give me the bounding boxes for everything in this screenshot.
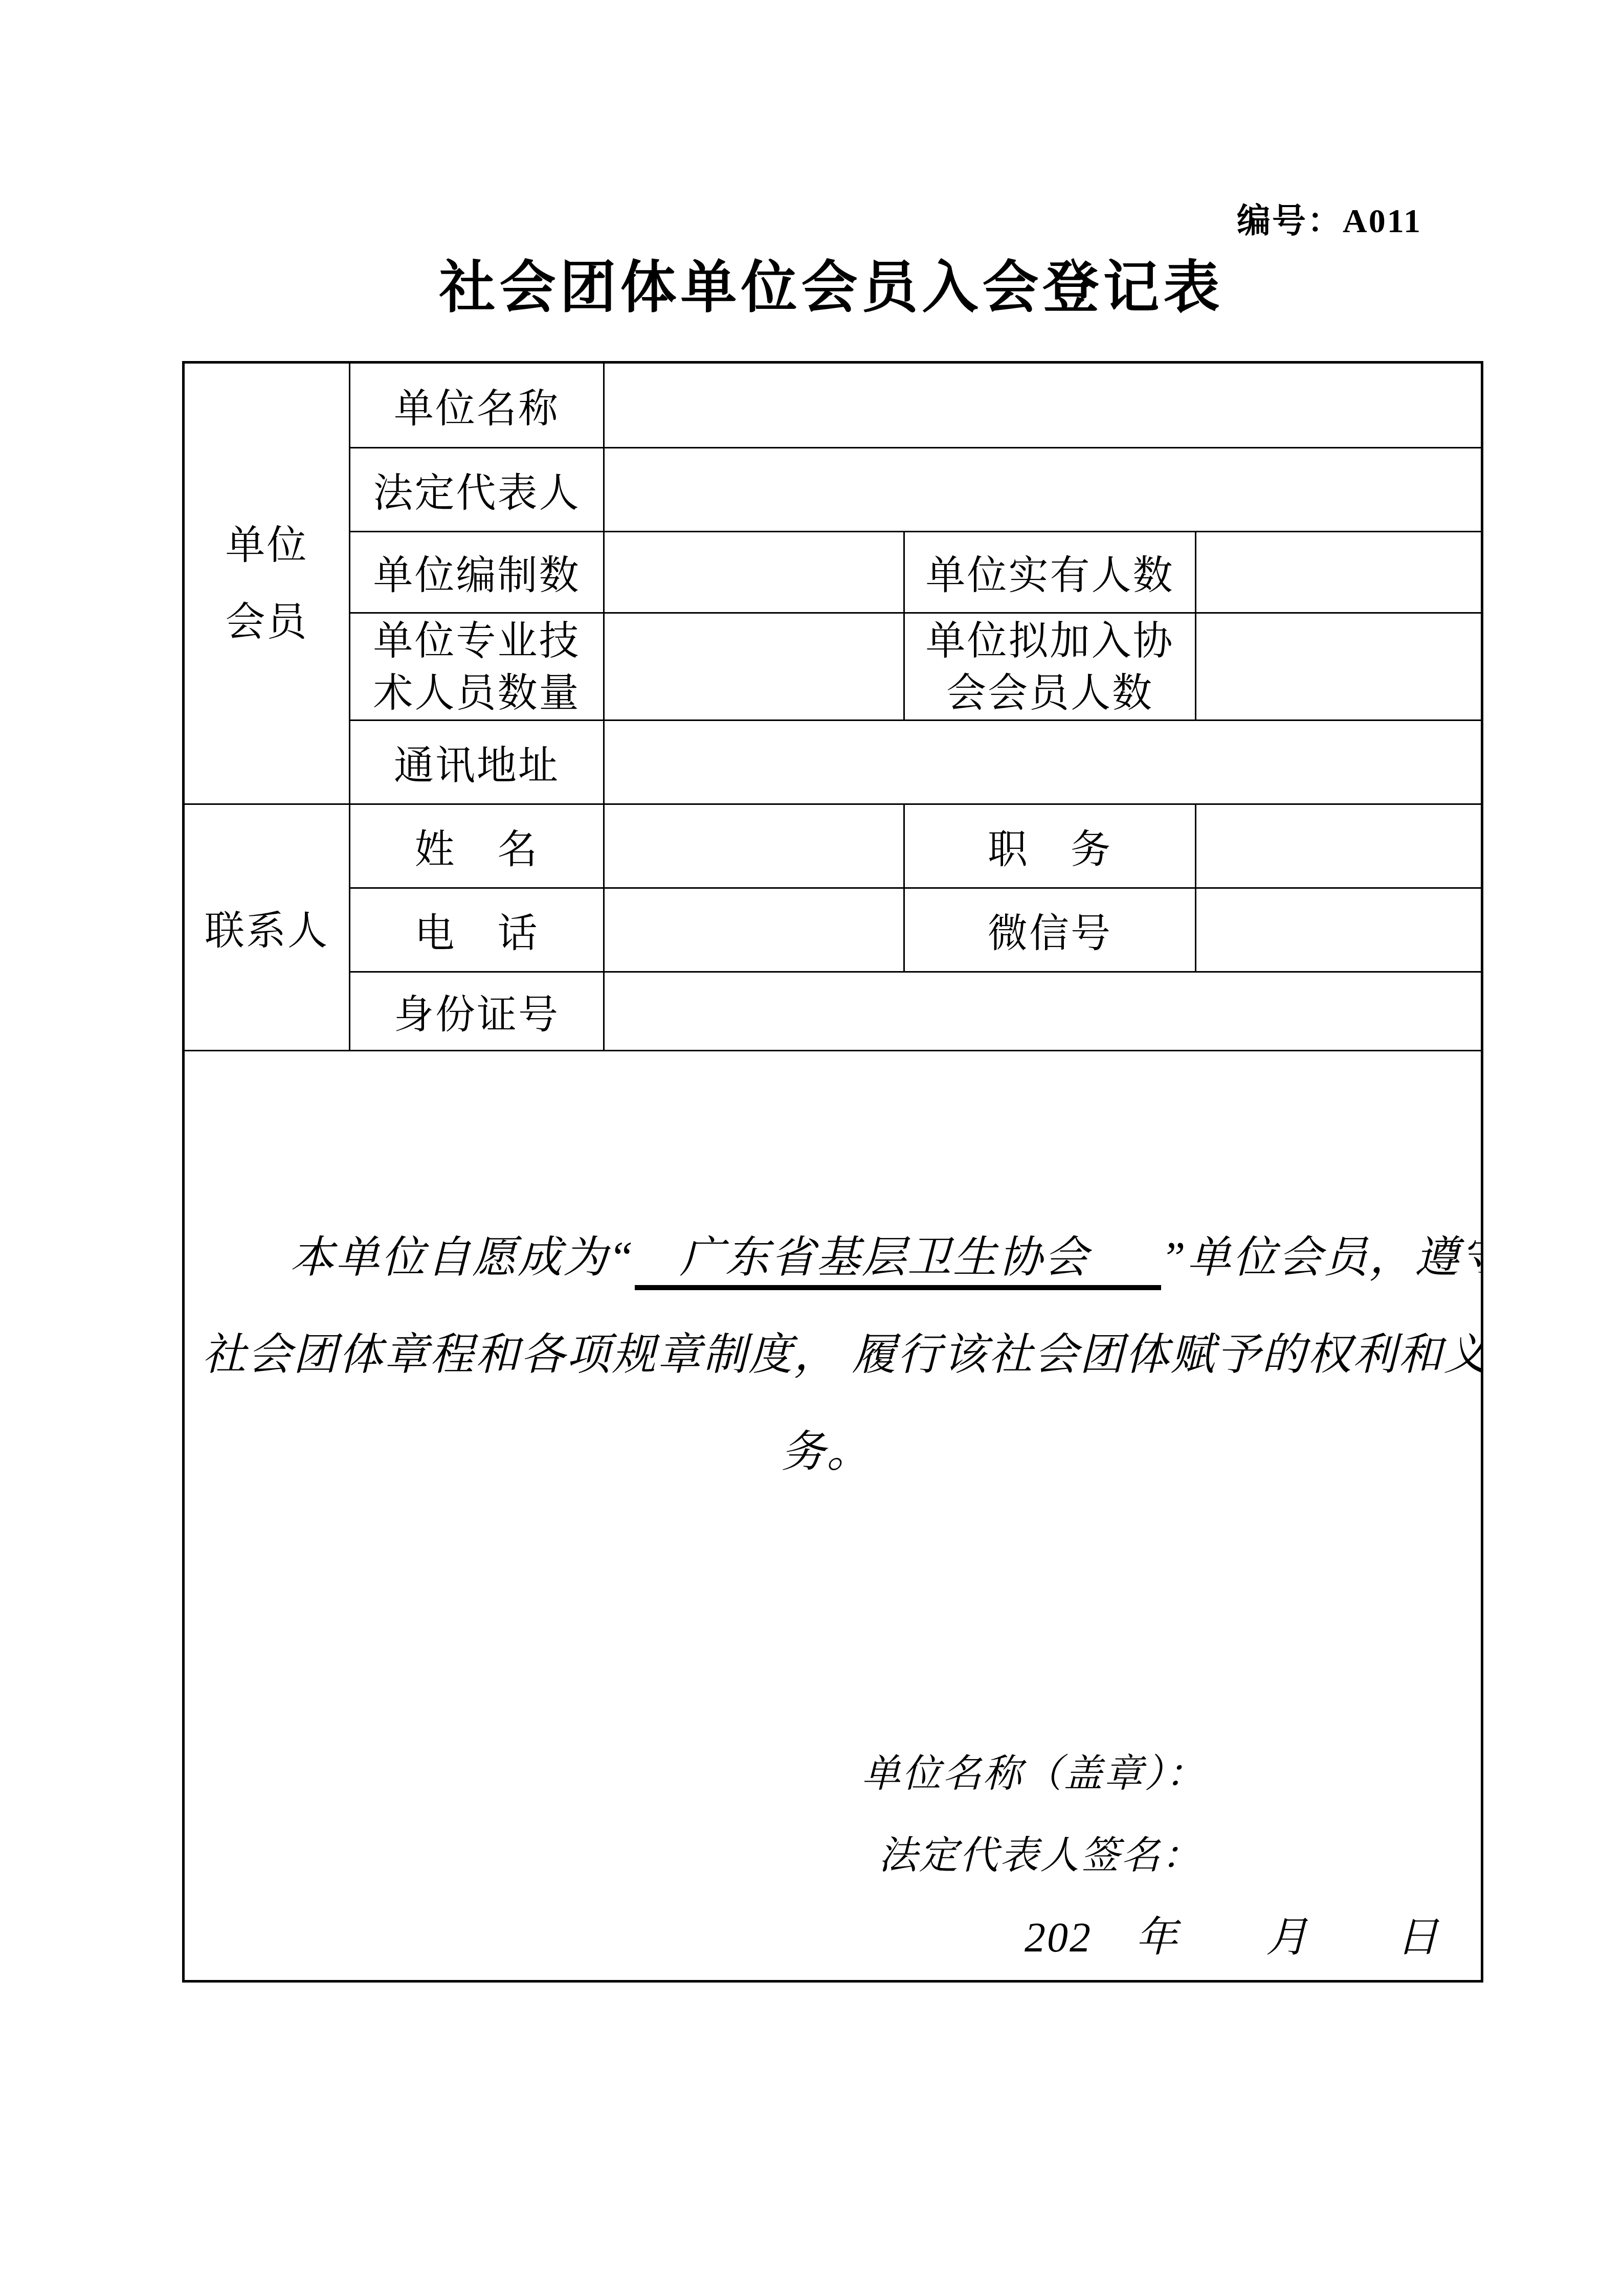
professional-staff-value[interactable] — [604, 613, 904, 721]
table-row: 法定代表人 — [184, 448, 1482, 532]
group-label-line: 会员 — [185, 583, 349, 660]
form-page: 编号：A011 社会团体单位会员入会登记表 单位 会员 单位名称 法定代表人 — [0, 0, 1624, 2296]
declaration-prefix: 本单位自愿成为“ — [290, 1233, 635, 1282]
proposed-members-value[interactable] — [1196, 613, 1482, 721]
label-line: 术人员数量 — [350, 667, 603, 719]
legal-rep-signature-line[interactable]: 法定代表人签名： — [202, 1815, 1451, 1897]
unit-name-value[interactable] — [604, 363, 1482, 448]
actual-headcount-value[interactable] — [1196, 532, 1482, 613]
unit-member-group-label: 单位 会员 — [184, 363, 350, 804]
declaration-line: 务。 — [202, 1403, 1451, 1500]
phone-label: 电 话 — [350, 888, 604, 972]
declaration-line: 本单位自愿成为“广东省基层卫生协会”单位会员，遵守该 — [202, 1209, 1451, 1306]
table-row: 单位专业技 术人员数量 单位拟加入协 会会员人数 — [184, 613, 1482, 721]
position-label: 职 务 — [904, 804, 1196, 888]
label-line: 单位拟加入协 — [905, 615, 1195, 667]
table-row: 本单位自愿成为“广东省基层卫生协会”单位会员，遵守该 社会团体章程和各项规章制度… — [184, 1051, 1482, 1982]
table-row: 单位编制数 单位实有人数 — [184, 532, 1482, 613]
id-number-value[interactable] — [604, 972, 1482, 1051]
staffing-quota-value[interactable] — [604, 532, 904, 613]
registration-table: 单位 会员 单位名称 法定代表人 单位编制数 单位实有人数 单位专业技 术人员数… — [182, 361, 1483, 1983]
date-line[interactable]: 202 年 月 日 — [202, 1897, 1451, 1978]
unit-name-label: 单位名称 — [350, 363, 604, 448]
table-row: 联系人 姓 名 职 务 — [184, 804, 1482, 888]
label-line: 会会员人数 — [905, 667, 1195, 719]
legal-rep-label: 法定代表人 — [350, 448, 604, 532]
label-line: 单位专业技 — [350, 615, 603, 667]
declaration-cell: 本单位自愿成为“广东省基层卫生协会”单位会员，遵守该 社会团体章程和各项规章制度… — [184, 1051, 1482, 1982]
table-row: 电 话 微信号 — [184, 888, 1482, 972]
mailing-address-label: 通讯地址 — [350, 721, 604, 804]
page-title: 社会团体单位会员入会登记表 — [182, 242, 1481, 323]
contact-name-value[interactable] — [604, 804, 904, 888]
contact-name-label: 姓 名 — [350, 804, 604, 888]
group-label-line: 单位 — [185, 507, 349, 583]
unit-seal-line[interactable]: 单位名称（盖章）： — [202, 1733, 1451, 1815]
table-row: 身份证号 — [184, 972, 1482, 1051]
table-row: 通讯地址 — [184, 721, 1482, 804]
declaration-suffix: ”单位会员，遵守该 — [1161, 1233, 1482, 1282]
signature-block: 单位名称（盖章）： 法定代表人签名： 202 年 月 日 — [202, 1733, 1451, 1978]
contact-group-label: 联系人 — [184, 804, 350, 1051]
association-name-blank[interactable]: 广东省基层卫生协会 — [635, 1233, 1161, 1290]
staffing-quota-label: 单位编制数 — [350, 532, 604, 613]
doc-number: 编号：A011 — [1237, 193, 1422, 242]
position-value[interactable] — [1196, 804, 1482, 888]
professional-staff-label: 单位专业技 术人员数量 — [350, 613, 604, 721]
wechat-value[interactable] — [1196, 888, 1482, 972]
mailing-address-value[interactable] — [604, 721, 1482, 804]
actual-headcount-label: 单位实有人数 — [904, 532, 1196, 613]
declaration-line: 社会团体章程和各项规章制度， 履行该社会团体赋予的权利和义 — [202, 1306, 1451, 1403]
phone-value[interactable] — [604, 888, 904, 972]
table-row: 单位 会员 单位名称 — [184, 363, 1482, 448]
proposed-members-label: 单位拟加入协 会会员人数 — [904, 613, 1196, 721]
id-number-label: 身份证号 — [350, 972, 604, 1051]
legal-rep-value[interactable] — [604, 448, 1482, 532]
wechat-label: 微信号 — [904, 888, 1196, 972]
